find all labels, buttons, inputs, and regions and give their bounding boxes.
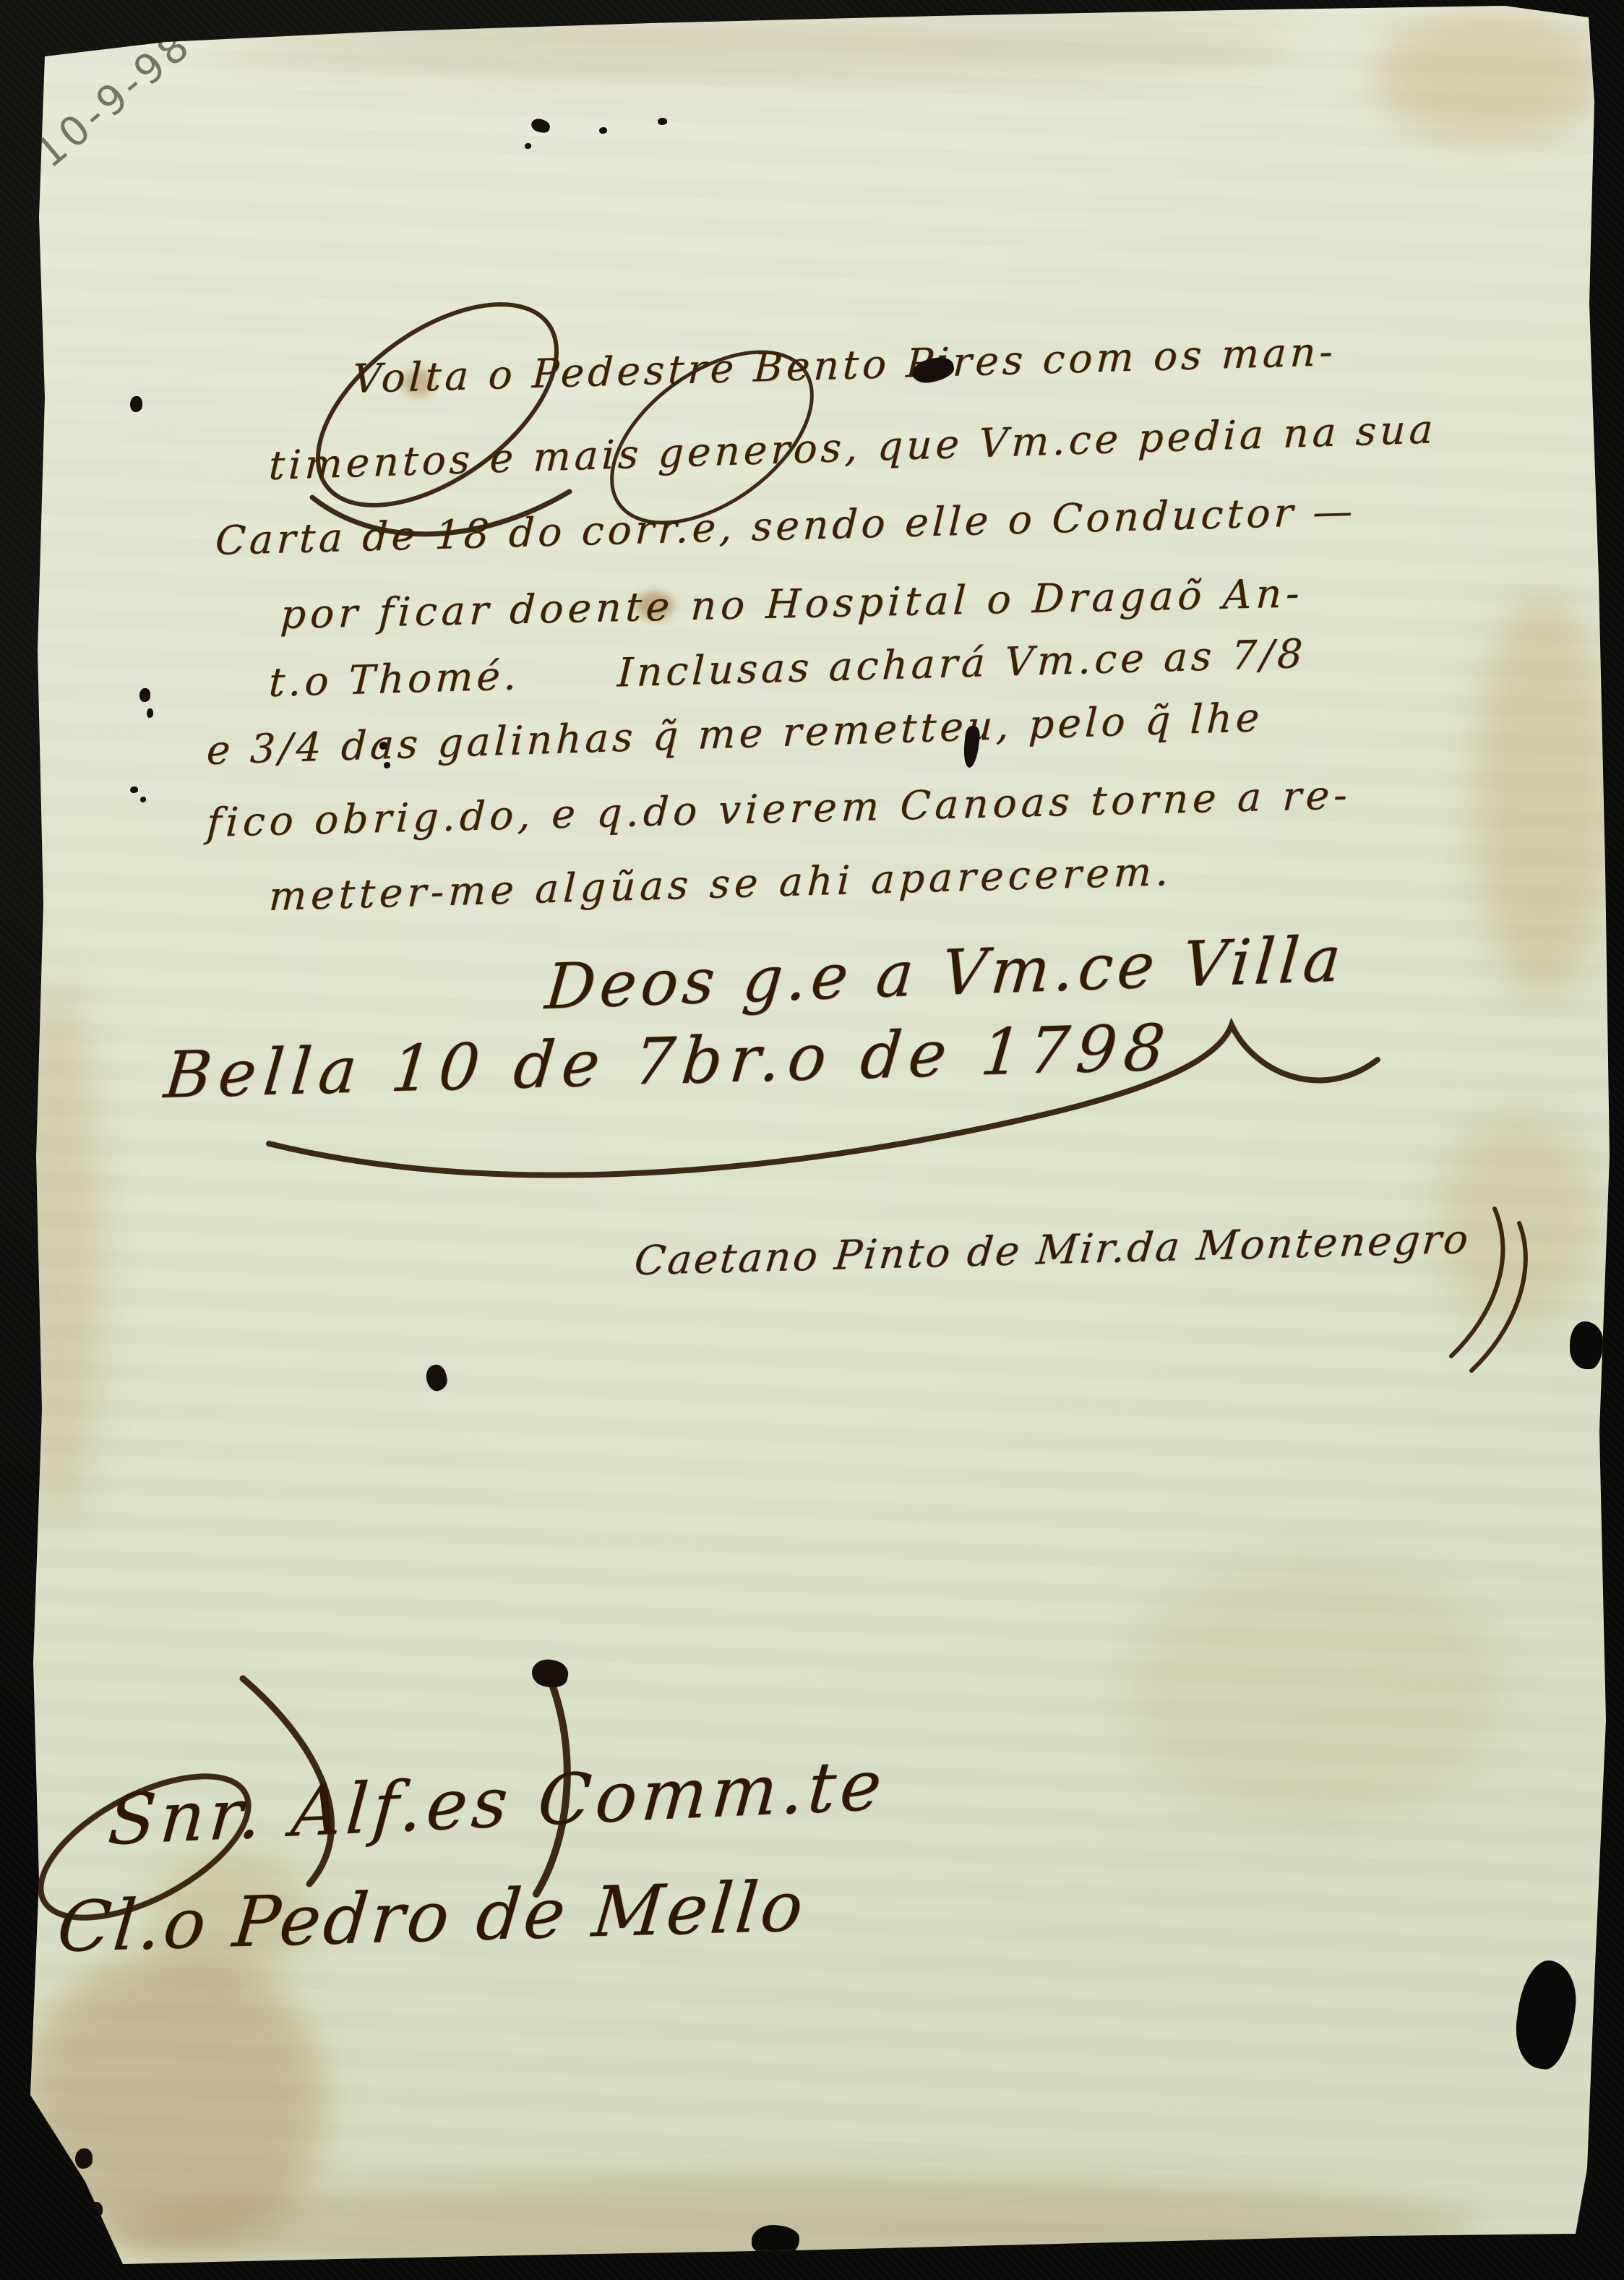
- stain: [1474, 593, 1612, 998]
- ink-blot: [530, 1656, 571, 1691]
- letter-line-3: Carta de 18 do corr.e, sendo elle o Cond…: [215, 488, 1357, 564]
- paper-hole: [1570, 1321, 1603, 1369]
- ink-blot: [379, 742, 387, 750]
- letter-line-7: fico obrig.do, e q.do vierem Canoas torn…: [206, 771, 1353, 846]
- stain: [217, 14, 1301, 80]
- closing-line-2: Bella 10 de 7br.o de 1798: [161, 1010, 1175, 1113]
- photograph-background: 10-9-98 Volta o Pedestre Bento Pires com…: [0, 0, 1624, 2280]
- stain: [1373, 12, 1604, 142]
- ink-blot: [130, 396, 142, 412]
- ink-blot: [88, 2202, 103, 2218]
- opening-flourish-loop-1: [283, 265, 591, 545]
- paper-hole: [752, 2225, 799, 2257]
- letter-line-8: metter-me algũas se ahi aparecerem.: [268, 848, 1174, 920]
- ink-blot: [140, 797, 146, 802]
- ink-blot: [525, 143, 531, 149]
- stain: [14, 976, 101, 1525]
- pencil-date-note: 10-9-98: [27, 20, 201, 177]
- letter-line-2: timentos e mais generos, que Vm.ce pedia…: [268, 406, 1438, 489]
- ink-blot: [599, 127, 607, 134]
- letter-line-1: Volta o Pedestre Bento Pires com os man-: [352, 328, 1338, 402]
- letter-line-5: t.o Thomé. Inclusas achará Vm.ce as 7/8: [268, 630, 1307, 706]
- ink-blot: [424, 1363, 450, 1393]
- ink-blot: [75, 2148, 93, 2169]
- address-line-1: Snr. Alf.es Comm.te: [106, 1744, 889, 1861]
- stain: [1127, 1554, 1503, 1829]
- letter-line-6: e 3/4 das galinhas q̃ me remetteu, pelo …: [206, 694, 1264, 773]
- paper-hole: [1511, 1957, 1581, 2072]
- ink-blot: [139, 688, 150, 702]
- ink-blot: [130, 787, 138, 793]
- ink-blot: [147, 708, 153, 718]
- ink-blot: [658, 118, 667, 125]
- closing-line-1: Deos g.e a Vm.ce Villa: [543, 923, 1348, 1024]
- letter-line-4: por ficar doente no Hospital o Dragaõ An…: [279, 570, 1305, 638]
- signature-line: Caetano Pinto de Mir.da Montenegro: [632, 1216, 1472, 1285]
- paper-sheet: 10-9-98 Volta o Pedestre Bento Pires com…: [0, 0, 1624, 2280]
- ink-blot: [530, 116, 552, 135]
- ink-blot: [384, 762, 390, 768]
- stain: [108, 2176, 1482, 2277]
